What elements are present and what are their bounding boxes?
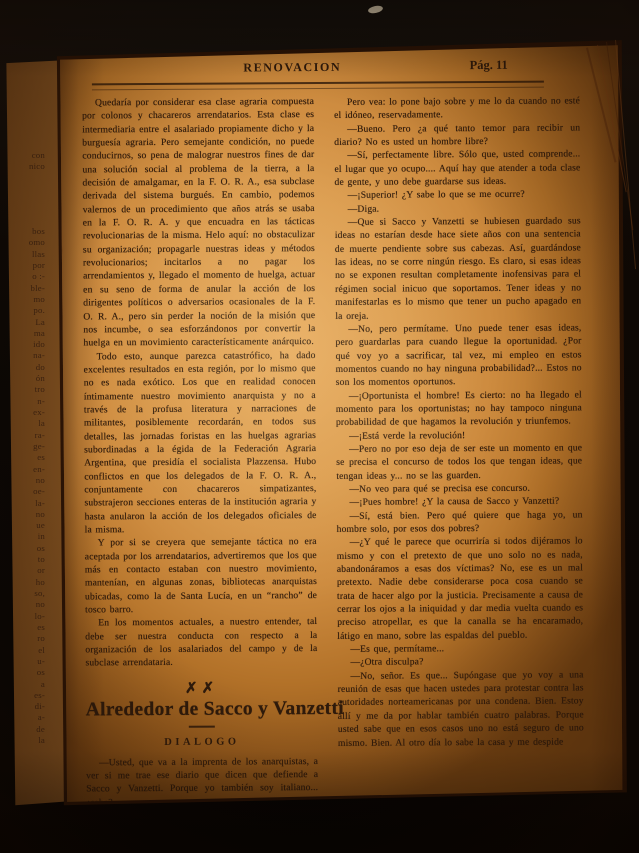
page-number: Pág. 11	[426, 58, 508, 74]
left-column: Quedaría por considerar esa clase agrari…	[82, 95, 318, 810]
paragraph: —¡Oportunista el hombre! Es cierto: no h…	[336, 388, 582, 430]
right-column: Pero vea: lo pone bajo sobre y me lo da …	[334, 94, 584, 749]
section-ornament: ✗✗	[86, 678, 318, 698]
paper-chip	[367, 5, 383, 15]
paragraph: Todo esto, aunque parezca catastrófico, …	[84, 349, 317, 537]
masthead-title: RENOVACION	[220, 60, 365, 76]
header-double-rule	[92, 81, 544, 91]
article-headline: Alrededor de Sacco y Vanzetti	[86, 698, 318, 721]
paragraph: —¿Y qué le parece que ocurriría si todos…	[337, 535, 584, 643]
paragraph: —No, señor. Es que... Supóngase que yo v…	[337, 668, 583, 750]
paragraph: —Que si Sacco y Vanzetti se hubiesen gua…	[335, 214, 582, 322]
paragraph: Pero vea: lo pone bajo sobre y me lo da …	[334, 94, 580, 122]
spine-text-fragments-bottom: bos omo llas por o :- ble- mo po. La ma …	[9, 226, 45, 746]
paragraph: —Sí, está bien. Pero qué quiere que haga…	[337, 508, 583, 536]
paragraph: En los momentos actuales, a nuestro ente…	[85, 615, 317, 670]
spine-text-fragments-top: con nico	[9, 150, 45, 173]
paragraph: Y por si se creyera que semejante táctic…	[85, 535, 317, 616]
paragraph: Quedaría por considerar esa clase agrari…	[82, 95, 316, 350]
paragraph: —Bueno. Pero ¿a qué tanto temor para rec…	[334, 121, 580, 149]
paragraph: —No, pero permítame. Uno puede tener esa…	[335, 321, 581, 389]
article-subheading: DIALOGO	[86, 736, 318, 748]
paragraph: —Pero no por eso deja de ser este un mom…	[336, 441, 582, 483]
photo-background: con nico bos omo llas por o :- ble- mo p…	[0, 0, 639, 853]
headline-rule	[189, 725, 215, 727]
printed-content: RENOVACION Pág. 11 Quedaría por consider…	[0, 0, 639, 853]
paragraph: —Sí, perfectamente libre. Sólo que, uste…	[334, 148, 580, 190]
paragraph: —¡Pues hombre! ¿Y la causa de Sacco y Va…	[336, 495, 582, 510]
newspaper-page: RENOVACION Pág. 11 Quedaría por consider…	[0, 0, 639, 853]
